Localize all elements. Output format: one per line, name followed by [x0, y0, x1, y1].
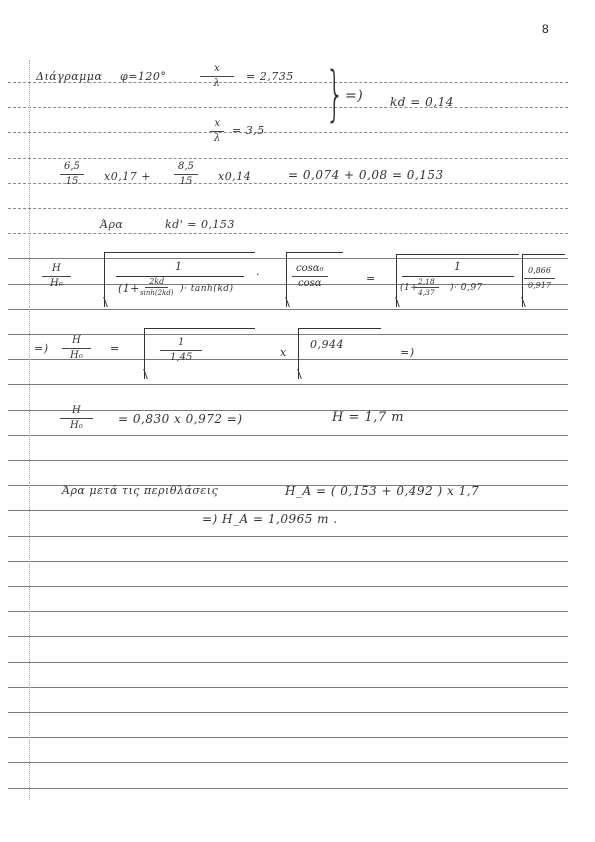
ruled-line — [8, 737, 568, 738]
wave-height-result: H = 1,7 m — [332, 410, 404, 425]
weighted-sum-result: = 0,074 + 0,08 = 0,153 — [288, 168, 444, 182]
equals-sign: = — [366, 272, 376, 285]
implies-arrow: =) — [345, 88, 363, 104]
ruled-line — [8, 334, 568, 335]
2-18-over-4-37: 2,18 4,37 — [414, 277, 439, 298]
frac-den: H₀ — [66, 419, 87, 433]
ruled-line — [8, 687, 568, 688]
notebook-page: 8 Διάγραμμα φ=120° x λ = 2,735 x λ = 3,5… — [0, 0, 595, 842]
frac-num: 1 — [160, 336, 202, 351]
frac-num: H — [60, 404, 93, 419]
frac-num: 6,5 — [60, 160, 84, 175]
sqrt1-den-suffix: )· tanh(kd) — [180, 284, 234, 294]
x-over-lambda-1: x λ — [200, 62, 234, 91]
frac-den: 0,917 — [524, 279, 555, 293]
multiplier-2: x0,14 — [218, 170, 251, 183]
sqrt-0-944 — [298, 328, 381, 379]
ruled-line — [8, 132, 568, 133]
page-number: 8 — [542, 22, 549, 36]
frac-den: H₀ — [66, 349, 87, 363]
ruled-line — [8, 208, 568, 209]
ruled-line — [8, 384, 568, 385]
sqrt2-value: 0,944 — [310, 338, 344, 351]
sqrt1-numerator: 1 — [175, 260, 183, 273]
diffraction-expression: H_A = ( 0,153 + 0,492 ) x 1,7 — [285, 484, 479, 498]
angle-value: φ=120° — [120, 70, 166, 83]
h-over-h0: H H₀ — [60, 404, 93, 433]
frac-num: cosα₀ — [292, 262, 328, 277]
final-result: =) H_A = 1,0965 m . — [202, 512, 338, 526]
ruled-line — [8, 762, 568, 763]
frac-num: H — [42, 262, 71, 277]
frac-den: 1,45 — [166, 351, 196, 365]
product-expression: = 0,830 x 0,972 =) — [118, 412, 243, 426]
frac-num: x — [210, 117, 224, 132]
cos-ratio: cosα₀ cosα — [292, 262, 328, 291]
ruled-line — [8, 611, 568, 612]
x-over-lambda-2: x λ — [210, 117, 224, 146]
2kd-over-sinh: 2kd sinh(2kd) — [136, 276, 178, 298]
ruled-line — [8, 662, 568, 663]
fraction-8-5-over-15: 8,5 15 — [174, 160, 198, 189]
frac-den: sinh(2kd) — [136, 288, 178, 298]
frac-den: 15 — [176, 175, 197, 189]
frac-num: 2kd — [145, 276, 168, 288]
frac-den: λ — [210, 77, 224, 91]
ratio-value-1: = 2,735 — [246, 70, 294, 83]
ruled-line — [8, 460, 568, 461]
ruled-line — [8, 510, 568, 511]
h-over-h0: H H₀ — [42, 262, 71, 291]
ratio-value-2: = 3,5 — [232, 124, 265, 137]
h-over-h0: H H₀ — [62, 334, 91, 363]
frac-num: H — [62, 334, 91, 349]
ruled-line — [8, 561, 568, 562]
implies-arrow: =) — [34, 342, 49, 355]
diffraction-label: Άρα μετά τις περιθλάσεις — [62, 484, 218, 497]
ruled-line — [8, 158, 568, 159]
ruled-line — [8, 107, 568, 108]
ruled-line — [8, 586, 568, 587]
frac-num: 2,18 — [414, 277, 439, 288]
therefore-label: Άρα — [100, 218, 123, 231]
dot-operator: · — [256, 268, 260, 281]
frac-num: 0,866 — [524, 264, 555, 279]
sqrt3-numerator: 1 — [454, 260, 462, 273]
frac-den: 4,37 — [414, 288, 439, 298]
kd-prime-result: kd' = 0,153 — [165, 218, 235, 231]
ruled-line — [8, 309, 568, 310]
frac-num: 8,5 — [174, 160, 198, 175]
fraction-6-5-over-15: 6,5 15 — [60, 160, 84, 189]
ruled-line — [8, 636, 568, 637]
ruled-line — [8, 359, 568, 360]
kd-result: kd = 0,14 — [390, 95, 454, 109]
ruled-line — [8, 233, 568, 234]
frac-den: H₀ — [46, 277, 67, 291]
implies-arrow-2: =) — [400, 346, 415, 359]
margin-line — [29, 60, 30, 800]
equals-sign: = — [110, 342, 120, 355]
sqrt3-den-suffix: )· 0,97 — [450, 283, 483, 293]
frac-den: λ — [210, 132, 224, 146]
frac-num: x — [200, 62, 234, 77]
diagram-label: Διάγραμμα — [36, 70, 102, 83]
one-over-1-45: 1 1,45 — [160, 336, 202, 365]
frac-den: 15 — [62, 175, 83, 189]
right-brace: } — [326, 64, 345, 124]
multiplier-1: x0,17 + — [104, 170, 151, 183]
ruled-line — [8, 435, 568, 436]
ruled-line — [8, 712, 568, 713]
cos-numeric-ratio: 0,866 0,917 — [524, 264, 555, 293]
frac-den: cosα — [294, 277, 326, 291]
ruled-line — [8, 788, 568, 789]
times-sign: x — [280, 346, 287, 359]
ruled-line — [8, 183, 568, 184]
ruled-line — [8, 536, 568, 537]
